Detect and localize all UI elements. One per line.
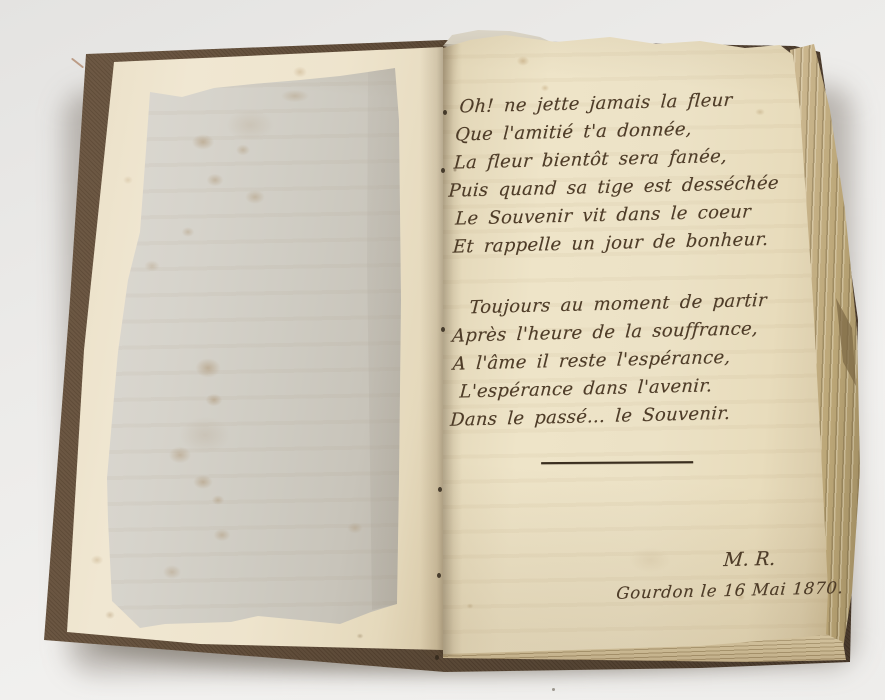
dateline: Gourdon le 16 Mai 1870.	[616, 578, 845, 603]
tissue-guard	[105, 64, 405, 634]
dust-fiber	[71, 58, 84, 69]
stitch-hole	[437, 573, 441, 578]
dust-speck	[552, 688, 555, 691]
stitch-hole	[438, 487, 442, 492]
poem-stanza-1: Oh! ne jette jamais la fleur Que l'amiti…	[434, 85, 818, 262]
ink-divider-rule	[541, 461, 693, 464]
signature-initials: M. R.	[723, 548, 777, 571]
photo-background: Oh! ne jette jamais la fleur Que l'amiti…	[0, 0, 885, 700]
handwriting-layer: Oh! ne jette jamais la fleur Que l'amiti…	[433, 29, 828, 668]
poem-stanza-2: Toujours au moment de partir Après l'heu…	[439, 286, 822, 435]
tissue-fold	[105, 64, 405, 634]
stitch-hole	[435, 655, 439, 660]
